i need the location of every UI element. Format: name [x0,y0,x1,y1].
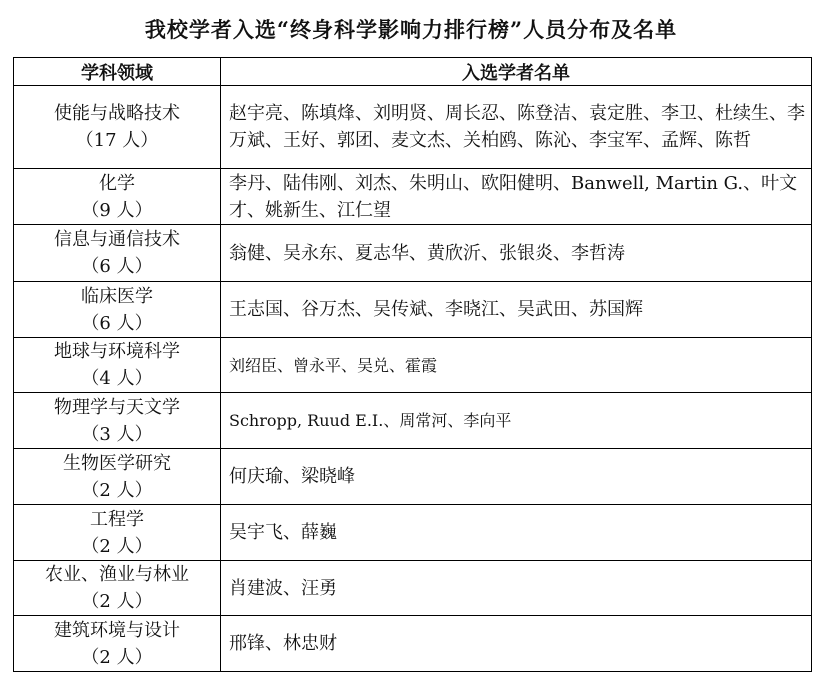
field-cell: 生物医学研究 （2 人） [14,449,221,505]
header-names: 入选学者名单 [221,58,812,86]
names-cell: 肖建波、汪勇 [221,561,812,616]
names-cell: 赵宇亮、陈填烽、刘明贤、周长忍、陈登洁、袁定胜、李卫、杜续生、李万斌、王好、郭团… [221,86,812,169]
field-name: 建筑环境与设计 [14,617,220,644]
field-name: 使能与战略技术 [14,100,220,127]
field-count: （9 人） [14,197,220,224]
field-cell: 使能与战略技术 （17 人） [14,86,221,169]
field-cell: 化学 （9 人） [14,169,221,225]
field-name: 物理学与天文学 [14,394,220,421]
names-cell: 吴宇飞、薛巍 [221,505,812,561]
document-title: 我校学者入选“终身科学影响力排行榜”人员分布及名单 [0,14,822,44]
field-cell: 临床医学 （6 人） [14,282,221,338]
field-count: （2 人） [14,644,220,671]
names-cell: 刘绍臣、曾永平、吴兑、霍霞 [221,338,812,393]
field-name: 地球与环境科学 [14,338,220,365]
names-cell: 何庆瑜、梁晓峰 [221,449,812,505]
field-count: （2 人） [14,477,220,504]
table-row: 工程学 （2 人） 吴宇飞、薛巍 [14,505,812,561]
field-count: （6 人） [14,310,220,337]
field-name: 化学 [14,170,220,197]
table-row: 临床医学 （6 人） 王志国、谷万杰、吴传斌、李晓江、吴武田、苏国辉 [14,282,812,338]
table-header-row: 学科领域 入选学者名单 [14,58,812,86]
table-row: 生物医学研究 （2 人） 何庆瑜、梁晓峰 [14,449,812,505]
field-count: （3 人） [14,421,220,448]
table-row: 信息与通信技术 （6 人） 翁健、吴永东、夏志华、黄欣沂、张银炎、李哲涛 [14,225,812,282]
names-cell: Schropp, Ruud E.I.、周常河、李向平 [221,393,812,449]
field-cell: 工程学 （2 人） [14,505,221,561]
field-count: （4 人） [14,365,220,392]
names-cell: 邢锋、林忠财 [221,616,812,672]
table-row: 使能与战略技术 （17 人） 赵宇亮、陈填烽、刘明贤、周长忍、陈登洁、袁定胜、李… [14,86,812,169]
field-count: （2 人） [14,533,220,560]
field-cell: 建筑环境与设计 （2 人） [14,616,221,672]
field-cell: 物理学与天文学 （3 人） [14,393,221,449]
field-name: 临床医学 [14,283,220,310]
field-cell: 信息与通信技术 （6 人） [14,225,221,282]
field-name: 生物医学研究 [14,450,220,477]
names-cell: 李丹、陆伟刚、刘杰、朱明山、欧阳健明、Banwell, Martin G.、叶文… [221,169,812,225]
field-count: （6 人） [14,253,220,280]
field-count: （17 人） [14,127,220,154]
field-cell: 地球与环境科学 （4 人） [14,338,221,393]
field-name: 农业、渔业与林业 [14,561,220,588]
table-row: 地球与环境科学 （4 人） 刘绍臣、曾永平、吴兑、霍霞 [14,338,812,393]
field-name: 工程学 [14,506,220,533]
field-cell: 农业、渔业与林业 （2 人） [14,561,221,616]
table-row: 物理学与天文学 （3 人） Schropp, Ruud E.I.、周常河、李向平 [14,393,812,449]
table-row: 农业、渔业与林业 （2 人） 肖建波、汪勇 [14,561,812,616]
table-row: 建筑环境与设计 （2 人） 邢锋、林忠财 [14,616,812,672]
table-row: 化学 （9 人） 李丹、陆伟刚、刘杰、朱明山、欧阳健明、Banwell, Mar… [14,169,812,225]
header-field: 学科领域 [14,58,221,86]
names-cell: 王志国、谷万杰、吴传斌、李晓江、吴武田、苏国辉 [221,282,812,338]
scholar-distribution-table: 学科领域 入选学者名单 使能与战略技术 （17 人） 赵宇亮、陈填烽、刘明贤、周… [13,57,812,672]
names-cell: 翁健、吴永东、夏志华、黄欣沂、张银炎、李哲涛 [221,225,812,282]
field-name: 信息与通信技术 [14,226,220,253]
field-count: （2 人） [14,588,220,615]
